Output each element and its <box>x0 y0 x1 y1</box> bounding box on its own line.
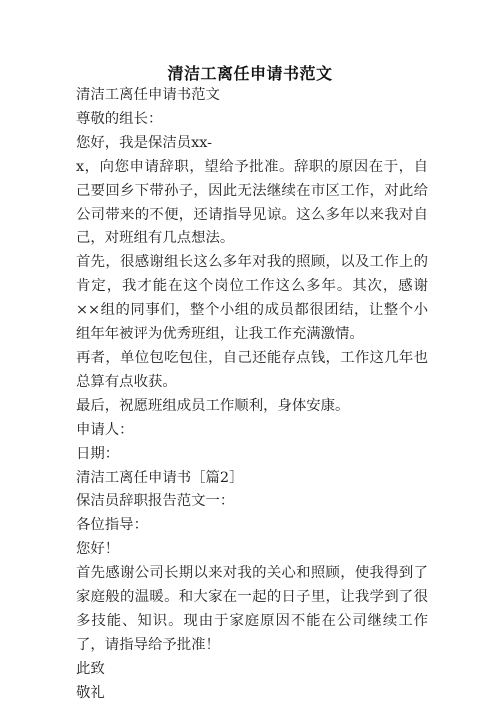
paragraph: 您好，我是保洁员xx- <box>76 132 428 156</box>
salutation: 尊敬的组长： <box>76 108 428 132</box>
paragraph: x，向您申请辞职，望给予批准。辞职的原因在于，自己要回乡下带孙子，因此无法继续在… <box>76 156 428 252</box>
paragraph: 最后，祝愿班组成员工作顺利，身体安康。 <box>76 395 428 419</box>
document-page: 清洁工离任申请书范文 清洁工离任申请书范文 尊敬的组长： 您好，我是保洁员xx-… <box>0 0 500 707</box>
paragraph: 首先感谢公司长期以来对我的关心和照顾，使我得到了家庭般的温暖。和大家在一起的日子… <box>76 562 428 658</box>
applicant-label: 申请人： <box>76 419 428 443</box>
greeting: 您好！ <box>76 538 428 562</box>
section-heading: 清洁工离任申请书［篇2］ <box>76 467 428 491</box>
document-title: 清洁工离任申请书范文 <box>0 61 500 84</box>
paragraph: 保洁员辞职报告范文一： <box>76 490 428 514</box>
date-label: 日期： <box>76 443 428 467</box>
document-body: 清洁工离任申请书范文 尊敬的组长： 您好，我是保洁员xx- x，向您申请辞职，望… <box>76 84 428 706</box>
paragraph: 首先，很感谢组长这么多年对我的照顾，以及工作上的肯定，我才能在这个岗位工作这么多… <box>76 251 428 347</box>
salutation: 各位指导： <box>76 514 428 538</box>
paragraph: 清洁工离任申请书范文 <box>76 84 428 108</box>
paragraph: 再者，单位包吃包住，自己还能存点钱，工作这几年也总算有点收获。 <box>76 347 428 395</box>
closing: 此致 <box>76 658 428 682</box>
closing: 敬礼 <box>76 682 428 706</box>
